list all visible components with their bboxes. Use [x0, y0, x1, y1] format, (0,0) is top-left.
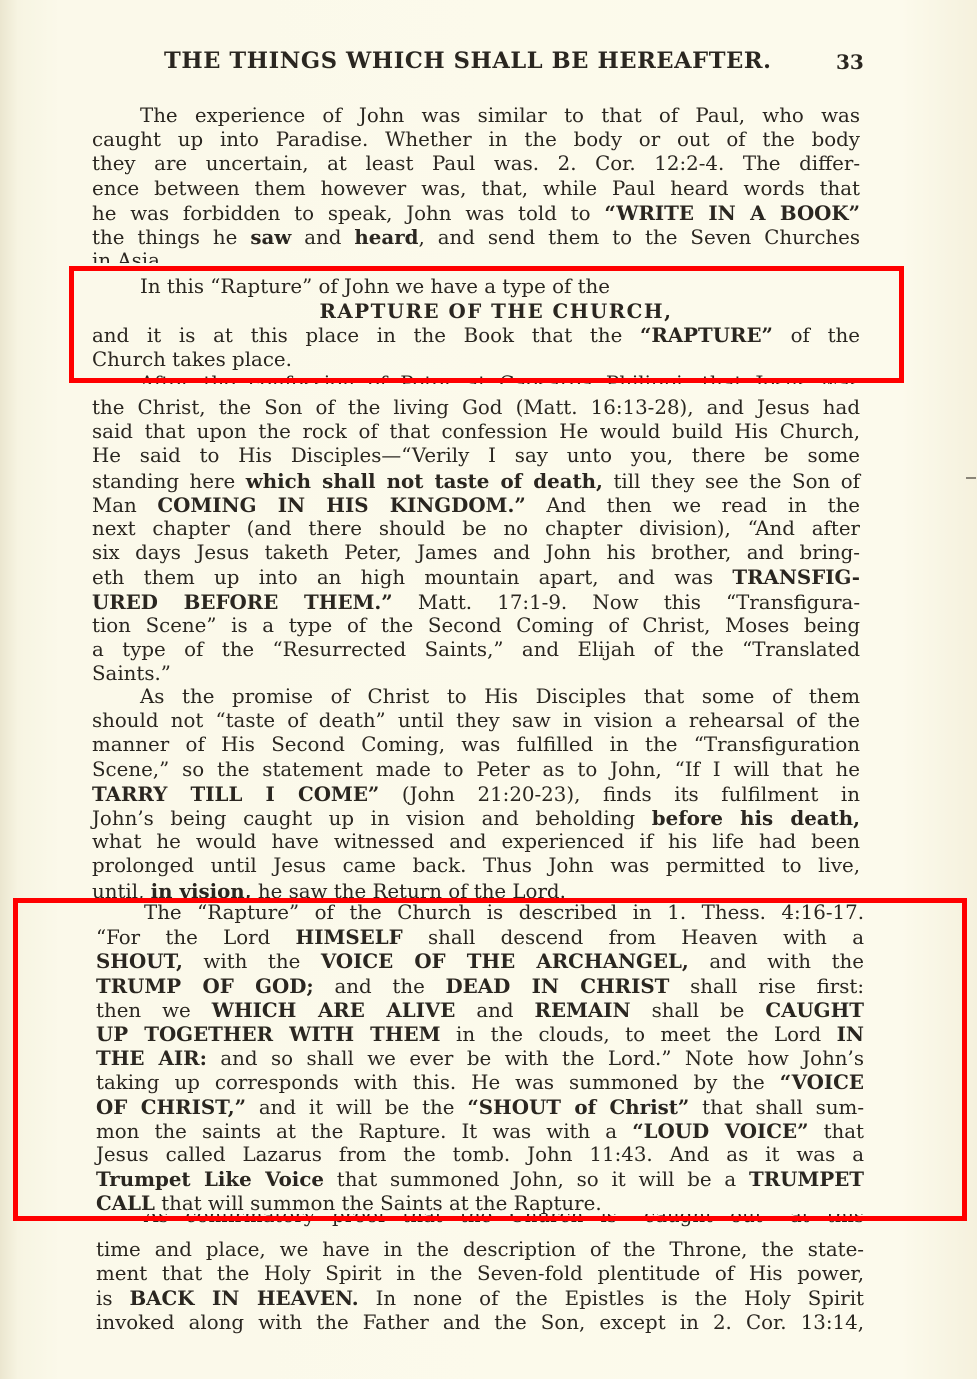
text-span: eth them up into an high mountain apart,…	[92, 566, 732, 589]
text-line: In this “Rapture” of John we have a type…	[92, 275, 860, 299]
text-line: next chapter (and there should be no cha…	[92, 517, 860, 541]
text-line: until, in vision, he saw the Return of t…	[92, 879, 860, 903]
emphasis-text: CAUGHT	[765, 998, 864, 1022]
emphasis-text: “LOUD VOICE”	[632, 1119, 808, 1143]
emphasis-text: in vision,	[151, 879, 252, 903]
text-line: said that upon the rock of that confessi…	[92, 420, 860, 444]
emphasis-text: which shall not taste of death,	[246, 469, 603, 493]
text-line: eth them up into an high mountain apart,…	[92, 565, 860, 589]
emphasis-text: OF CHRIST,”	[96, 1095, 246, 1119]
text-line: He said to His Disciples—“Verily I say u…	[92, 444, 860, 468]
emphasis-text: HIMSELF	[296, 925, 403, 949]
text-line: ence between them however was, that, whi…	[92, 177, 860, 201]
text-span: standing here	[92, 470, 246, 493]
text-span: that will summon the Saints at the Raptu…	[155, 1192, 602, 1215]
text-span: and	[291, 226, 354, 249]
emphasis-text: UP TOGETHER WITH THEM	[96, 1022, 441, 1046]
text-line: manner of His Second Coming, was fulfill…	[92, 733, 860, 757]
text-line: in Asia.	[92, 249, 860, 263]
running-title: THE THINGS WHICH SHALL BE HEREAFTER.	[164, 48, 772, 74]
emphasis-text: THE AIR:	[96, 1046, 207, 1070]
text-line: time and place, we have in the descripti…	[96, 1238, 864, 1262]
text-line: Saints.”	[92, 662, 860, 686]
text-line: ment that the Holy Spirit in the Seven-f…	[96, 1262, 864, 1286]
text-line: CALL that will summon the Saints at the …	[96, 1191, 864, 1215]
text-line: Church takes place.	[92, 348, 860, 372]
emphasis-text: REMAIN	[535, 998, 631, 1022]
emphasis-text: WHICH ARE ALIVE	[212, 998, 456, 1022]
paragraph-confirmatory-proof: As confirmatory proof that the Church is…	[96, 1214, 864, 1335]
text-line: After the confession of Peter at Caesare…	[92, 372, 860, 384]
text-span: John’s being caught up in vision and beh…	[92, 807, 652, 830]
paragraph-rapture-of-church: In this “Rapture” of John we have a type…	[92, 275, 860, 372]
text-span: and it will be the	[246, 1096, 467, 1119]
text-span: and it is at this place in the Book that…	[92, 324, 640, 347]
emphasis-text: COMING IN HIS KINGDOM.”	[157, 493, 525, 517]
paragraph-john-paul: The experience of John was similar to th…	[92, 104, 860, 263]
book-page: THE THINGS WHICH SHALL BE HEREAFTER. 33 …	[0, 0, 977, 1379]
text-line: he was forbidden to speak, John was told…	[92, 201, 860, 225]
text-line: Trumpet Like Voice that summoned John, s…	[96, 1167, 864, 1191]
text-span: , and send them to the Seven Churches	[418, 226, 860, 249]
paragraph-tarry-till-i-come: As the promise of Christ to His Disciple…	[92, 685, 860, 903]
text-span: shall be	[631, 999, 766, 1022]
emphasis-text: DEAD IN CHRIST	[446, 974, 670, 998]
text-line: the Christ, the Son of the living God (M…	[92, 396, 860, 420]
emphasis-text: TRANSFIG-	[732, 565, 860, 589]
text-line: The “Rapture” of the Church is described…	[96, 901, 864, 925]
text-span: he was forbidden to speak, John was told…	[92, 202, 591, 225]
page-edge-mark	[966, 477, 976, 479]
text-span: Man	[92, 494, 157, 517]
text-line: and it is at this place in the Book that…	[92, 323, 860, 347]
text-line: SHOUT, with the VOICE OF THE ARCHANGEL, …	[96, 949, 864, 973]
emphasis-text: TRUMPET	[749, 1167, 864, 1191]
emphasis-text: TARRY TILL I COME”	[92, 782, 379, 806]
text-line: they are uncertain, at least Paul was. 2…	[92, 152, 860, 176]
text-span: and so shall we ever be with the Lord.” …	[207, 1047, 864, 1070]
text-span: mon the saints at the Rapture. It was wi…	[96, 1120, 632, 1143]
text-span: then we	[96, 999, 212, 1022]
text-line: prolonged until Jesus came back. Thus Jo…	[92, 854, 860, 878]
text-span: taking up corresponds with this. He was …	[96, 1071, 780, 1094]
text-line: the things he saw and heard, and send th…	[92, 225, 860, 249]
text-span: (John 21:20-23), finds its fulfilment in	[379, 783, 860, 806]
text-line: then we WHICH ARE ALIVE and REMAIN shall…	[96, 998, 864, 1022]
text-span: that	[808, 1120, 864, 1143]
text-line: The experience of John was similar to th…	[92, 104, 860, 128]
emphasis-text: “RAPTURE”	[640, 323, 773, 347]
text-line: Scene,” so the statement made to Peter a…	[92, 758, 860, 782]
emphasis-text: CALL	[96, 1191, 155, 1215]
text-line: tion Scene” is a type of the Second Comi…	[92, 614, 860, 638]
text-line: “For the Lord HIMSELF shall descend from…	[96, 925, 864, 949]
emphasis-text: Trumpet Like Voice	[96, 1167, 324, 1191]
paragraph-thessalonians: The “Rapture” of the Church is described…	[96, 901, 864, 1215]
text-line: a type of the “Resurrected Saints,” and …	[92, 638, 860, 662]
emphasis-text: “SHOUT of Christ”	[467, 1095, 689, 1119]
emphasis-text: “WRITE IN A BOOK”	[604, 201, 860, 225]
text-line: THE AIR: and so shall we ever be with th…	[96, 1046, 864, 1070]
text-line: TRUMP OF GOD; and the DEAD IN CHRIST sha…	[96, 974, 864, 998]
text-span: and the	[314, 975, 446, 998]
emphasis-text: before his death,	[652, 806, 860, 830]
text-line: is BACK IN HEAVEN. In none of the Epistl…	[96, 1286, 864, 1310]
text-line: John’s being caught up in vision and beh…	[92, 806, 860, 830]
emphasis-text: heard	[354, 225, 418, 249]
text-line: what he would have witnessed and experie…	[92, 830, 860, 854]
text-span: And then we read in the	[526, 494, 860, 517]
text-span: In none of the Epistles is the Holy Spir…	[359, 1287, 864, 1310]
text-line: As confirmatory proof that the Church is…	[96, 1214, 864, 1228]
text-span: shall rise first:	[669, 975, 864, 998]
text-line: standing here which shall not taste of d…	[92, 469, 860, 493]
emphasis-text: VOICE OF THE ARCHANGEL,	[321, 949, 689, 973]
emphasis-text: saw	[250, 225, 291, 249]
text-span: until,	[92, 880, 151, 903]
emphasis-text: URED BEFORE THEM.”	[92, 590, 393, 614]
text-span: that shall sum-	[689, 1096, 864, 1119]
text-line: TARRY TILL I COME” (John 21:20-23), find…	[92, 782, 860, 806]
emphasis-text: IN	[837, 1022, 864, 1046]
text-span: of the	[773, 324, 860, 347]
text-span: that summoned John, so it will be a	[324, 1168, 749, 1191]
text-span: shall descend from Heaven with a	[403, 926, 864, 949]
text-span: in the clouds, to meet the Lord	[441, 1023, 837, 1046]
heading-rapture-of-the-church: RAPTURE OF THE CHURCH,	[92, 299, 860, 323]
text-span: the things he	[92, 226, 250, 249]
text-line: Jesus called Lazarus from the tomb. John…	[96, 1143, 864, 1167]
emphasis-text: BACK IN HEAVEN.	[129, 1286, 358, 1310]
text-span: is	[96, 1287, 129, 1310]
page-header: THE THINGS WHICH SHALL BE HEREAFTER. 33	[164, 48, 864, 78]
emphasis-text: TRUMP OF GOD;	[96, 974, 314, 998]
emphasis-text: SHOUT,	[96, 949, 183, 973]
emphasis-text: “VOICE	[780, 1070, 864, 1094]
text-line: taking up corresponds with this. He was …	[96, 1070, 864, 1094]
text-line: six days Jesus taketh Peter, James and J…	[92, 541, 860, 565]
text-line: OF CHRIST,” and it will be the “SHOUT of…	[96, 1095, 864, 1119]
text-span: he saw the Return of the Lord.	[252, 880, 566, 903]
text-line: should not “taste of death” until they s…	[92, 709, 860, 733]
text-line: UP TOGETHER WITH THEM in the clouds, to …	[96, 1022, 864, 1046]
text-span: and	[455, 999, 534, 1022]
text-line: URED BEFORE THEM.” Matt. 17:1-9. Now thi…	[92, 590, 860, 614]
text-span: Matt. 17:1-9. Now this “Transfigura-	[393, 591, 860, 614]
text-line: As the promise of Christ to His Disciple…	[92, 685, 860, 709]
page-number: 33	[836, 50, 864, 74]
text-line: invoked along with the Father and the So…	[96, 1311, 864, 1335]
paragraph-transfiguration: After the confession of Peter at Caesare…	[92, 372, 860, 686]
text-span: and with the	[689, 950, 864, 973]
text-span: till they see the Son of	[603, 470, 860, 493]
text-span: “For the Lord	[96, 926, 296, 949]
text-line: Man COMING IN HIS KINGDOM.” And then we …	[92, 493, 860, 517]
text-span: with the	[183, 950, 321, 973]
text-line: mon the saints at the Rapture. It was wi…	[96, 1119, 864, 1143]
text-line: caught up into Paradise. Whether in the …	[92, 128, 860, 152]
